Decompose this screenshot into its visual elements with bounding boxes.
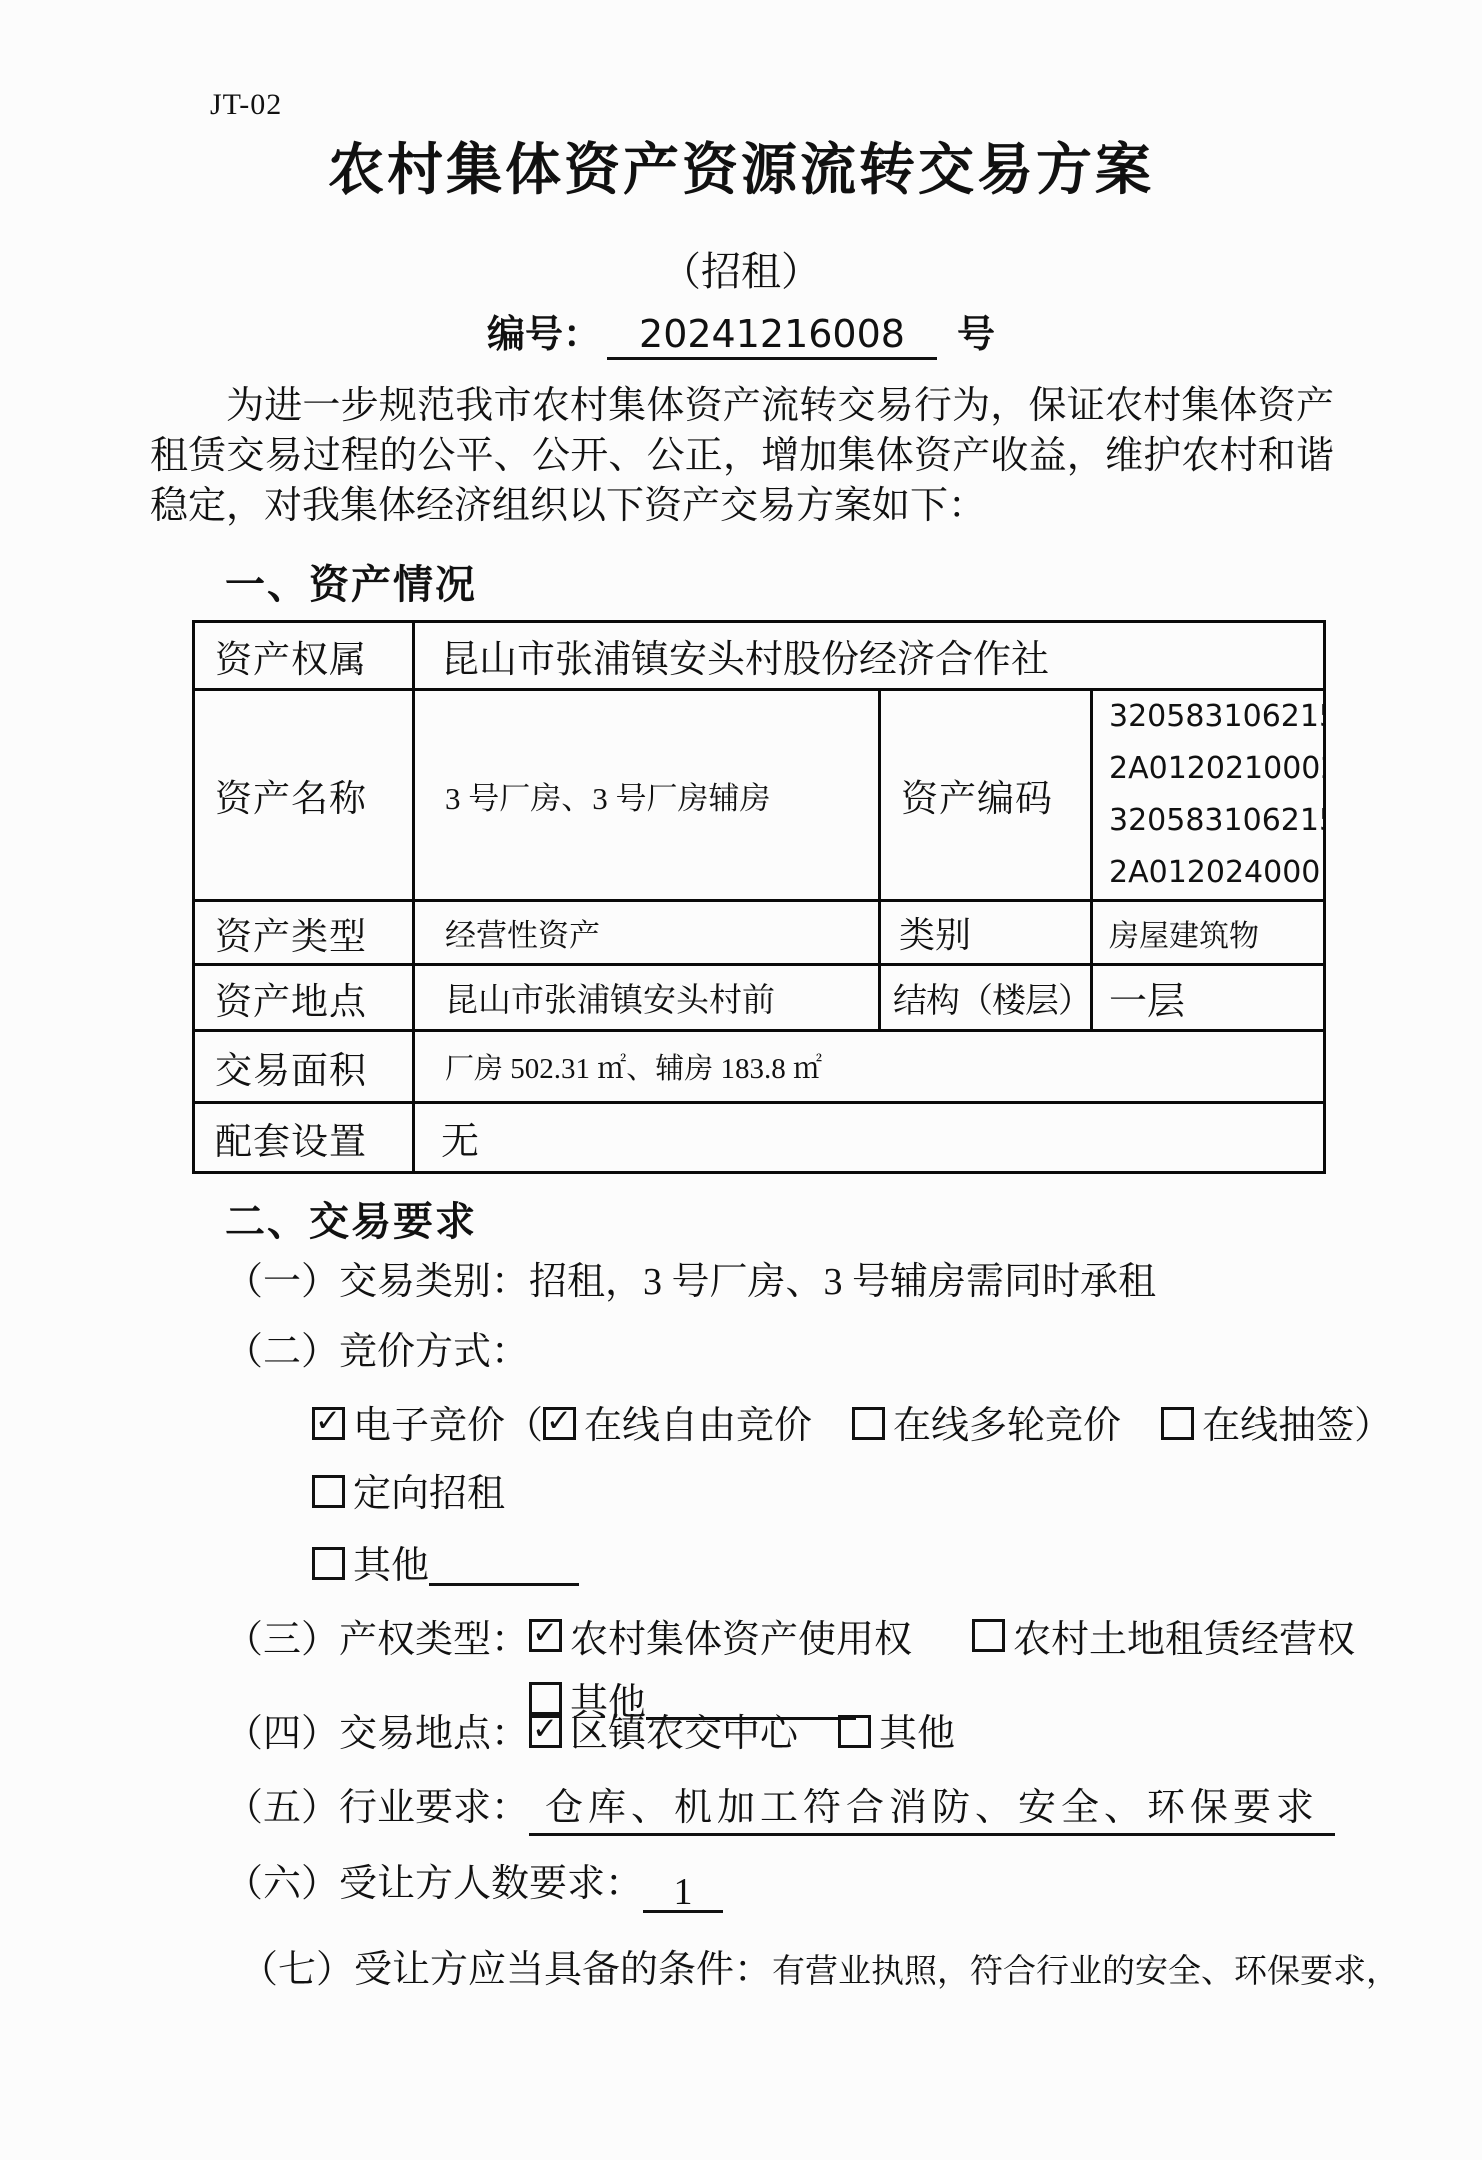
category-value: 房屋建筑物 xyxy=(1092,901,1325,965)
bidding-other-line: 其他 xyxy=(312,1534,579,1589)
item-prefix: （七） xyxy=(240,1949,354,1991)
option-online-draw: 在线抽签 xyxy=(1202,1405,1354,1447)
item-trade-category: （一）交易类别：招租，3 号厂房、3 号辅房需同时承租 xyxy=(225,1250,1156,1305)
asset-info-table: 资产权属 昆山市张浦镇安头村股份经济合作社 资产名称 3 号厂房、3 号厂房辅房… xyxy=(192,620,1326,1174)
option-rural-land-lease-right: 农村土地租赁经营权 xyxy=(1013,1608,1355,1663)
form-code: JT-02 xyxy=(210,88,282,122)
asset-code-line: 3205831062150 xyxy=(1109,795,1323,847)
asset-name-label: 资产名称 xyxy=(194,690,414,901)
option-directed-rental: 定向招租 xyxy=(353,1473,505,1515)
table-row: 配套设置 无 xyxy=(194,1103,1325,1173)
asset-code-label: 资产编码 xyxy=(880,690,1092,901)
asset-location-label: 资产地点 xyxy=(194,965,414,1031)
item-prefix: （一） xyxy=(225,1261,339,1303)
table-row: 资产类型 经营性资产 类别 房屋建筑物 xyxy=(194,901,1325,965)
table-row: 交易面积 厂房 502.31 ㎡、辅房 183.8 ㎡ xyxy=(194,1031,1325,1103)
number-value-field[interactable]: 20241216008 xyxy=(607,313,937,360)
item-industry-requirement: （五）行业要求：仓库、机加工符合消防、安全、环保要求 xyxy=(225,1776,1335,1836)
paren-close: ） xyxy=(1354,1405,1392,1447)
checkbox-unchecked-icon[interactable] xyxy=(838,1715,871,1748)
asset-ownership-label: 资产权属 xyxy=(194,622,414,690)
option-town-agri-trade-center: 区镇农交中心 xyxy=(570,1713,798,1755)
item-prefix: （二） xyxy=(225,1331,339,1373)
checkbox-unchecked-icon[interactable] xyxy=(312,1475,345,1508)
asset-type-label: 资产类型 xyxy=(194,901,414,965)
item-prefix: （五） xyxy=(225,1776,339,1831)
transferee-conditions-text: 有营业执照，符合行业的安全、环保要求， xyxy=(772,1954,1399,1990)
structure-floor-label: 结构（楼层） xyxy=(880,965,1092,1031)
checkbox-unchecked-icon[interactable] xyxy=(972,1619,1005,1652)
other-blank-field[interactable] xyxy=(429,1543,579,1586)
checkbox-checked-icon[interactable] xyxy=(312,1407,345,1440)
asset-ownership-value: 昆山市张浦镇安头村股份经济合作社 xyxy=(414,622,1325,690)
item-bidding-method: （二）竞价方式： xyxy=(225,1320,529,1375)
bidding-options-line: 电子竞价（在线自由竞价在线多轮竞价在线抽签） xyxy=(312,1394,1392,1449)
item-label: 受让方人数要求： xyxy=(339,1863,643,1905)
asset-code-line: 2A0120210002、 xyxy=(1109,743,1323,795)
checkbox-unchecked-icon[interactable] xyxy=(852,1407,885,1440)
option-collective-asset-use-right: 农村集体资产使用权 xyxy=(570,1608,912,1663)
category-label: 类别 xyxy=(880,901,1092,965)
item-label: 交易地点： xyxy=(339,1713,529,1755)
asset-code-line: 2A0120240001 xyxy=(1109,847,1323,899)
page-subtitle: （招租） xyxy=(0,240,1482,297)
checkbox-unchecked-icon[interactable] xyxy=(1161,1407,1194,1440)
supporting-facilities-value: 无 xyxy=(414,1103,1325,1173)
structure-floor-value: 一层 xyxy=(1092,965,1325,1031)
item-transferee-conditions: （七）受让方应当具备的条件：有营业执照，符合行业的安全、环保要求， xyxy=(240,1938,1399,1993)
item-label: 竞价方式： xyxy=(339,1331,529,1373)
checkbox-checked-icon[interactable] xyxy=(543,1407,576,1440)
option-online-free-bidding: 在线自由竞价 xyxy=(584,1405,812,1447)
section2-heading: 二、交易要求 xyxy=(225,1190,477,1247)
asset-location-value: 昆山市张浦镇安头村前 xyxy=(414,965,880,1031)
item-prefix: （六） xyxy=(225,1863,339,1905)
item-transferee-count: （六）受让方人数要求：1 xyxy=(225,1852,723,1913)
asset-code-value: 3205831062150 2A0120210002、 320583106215… xyxy=(1092,690,1325,901)
section1-heading: 一、资产情况 xyxy=(225,553,477,610)
scanned-form-page: JT-02 农村集体资产资源流转交易方案 （招租） 编号：20241216008… xyxy=(0,0,1482,2160)
table-row: 资产地点 昆山市张浦镇安头村前 结构（楼层） 一层 xyxy=(194,965,1325,1031)
asset-name-value: 3 号厂房、3 号厂房辅房 xyxy=(414,690,880,901)
asset-code-line: 3205831062150 xyxy=(1109,691,1323,743)
checkbox-checked-icon[interactable] xyxy=(529,1619,562,1652)
table-row: 资产名称 3 号厂房、3 号厂房辅房 资产编码 3205831062150 2A… xyxy=(194,690,1325,901)
number-label: 编号： xyxy=(487,312,601,356)
directed-rental-line: 定向招租 xyxy=(312,1462,505,1517)
transferee-count-field[interactable]: 1 xyxy=(643,1870,723,1913)
item-label: 行业要求： xyxy=(339,1776,529,1831)
asset-type-value: 经营性资产 xyxy=(414,901,880,965)
document-number-line: 编号：20241216008号 xyxy=(0,303,1482,360)
trade-area-label: 交易面积 xyxy=(194,1031,414,1103)
trade-area-value: 厂房 502.31 ㎡、辅房 183.8 ㎡ xyxy=(414,1031,1325,1103)
option-electronic-bidding: 电子竞价 xyxy=(353,1405,505,1447)
table-row: 资产权属 昆山市张浦镇安头村股份经济合作社 xyxy=(194,622,1325,690)
trade-category-value: 招租，3 号厂房、3 号辅房需同时承租 xyxy=(529,1261,1156,1303)
option-other: 其他 xyxy=(879,1713,955,1755)
item-trade-venue: （四）交易地点：区镇农交中心其他 xyxy=(225,1702,955,1757)
item-prefix: （四） xyxy=(225,1713,339,1755)
item-prefix: （三） xyxy=(225,1608,339,1663)
option-online-multi-round: 在线多轮竞价 xyxy=(893,1405,1121,1447)
checkbox-checked-icon[interactable] xyxy=(529,1715,562,1748)
intro-paragraph: 为进一步规范我市农村集体资产流转交易行为，保证农村集体资产租赁交易过程的公平、公… xyxy=(150,381,1334,531)
number-suffix: 号 xyxy=(957,312,995,356)
supporting-facilities-label: 配套设置 xyxy=(194,1103,414,1173)
option-other: 其他 xyxy=(353,1545,429,1587)
checkbox-unchecked-icon[interactable] xyxy=(312,1547,345,1580)
item-label: 交易类别： xyxy=(339,1261,529,1303)
paren-open: （ xyxy=(505,1405,543,1447)
item-label: 受让方应当具备的条件： xyxy=(354,1949,772,1991)
item-label: 产权类型： xyxy=(339,1608,529,1663)
page-title: 农村集体资产资源流转交易方案 xyxy=(0,126,1482,206)
industry-requirement-field[interactable]: 仓库、机加工符合消防、安全、环保要求 xyxy=(529,1776,1335,1836)
